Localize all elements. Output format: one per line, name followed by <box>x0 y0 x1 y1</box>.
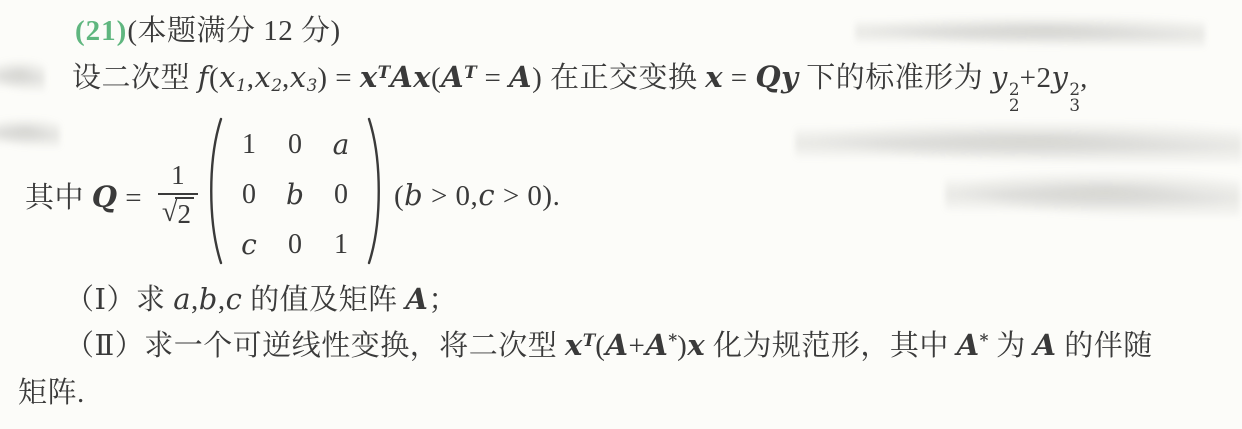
matrix-cell: 0 <box>288 231 302 259</box>
matrix-left-paren <box>204 117 224 273</box>
part-2-continuation: 矩阵. <box>18 374 85 413</box>
matrix-eq-conditions: (b > 0,c > 0). <box>394 178 560 213</box>
matrix-cell: a <box>333 131 350 159</box>
radicand: 2 <box>175 197 194 230</box>
matrix-q: 10a0b0c01 <box>224 123 366 267</box>
part-2-question: （Ⅱ）求一个可逆线性变换，将二次型 xT(A+A*)x 化为规范形，其中 A* … <box>65 326 1153 366</box>
matrix-equation: 其中 Q = 1 √2 10a0b0c01 (b > 0,c > 0). <box>25 120 560 270</box>
matrix-cell: c <box>241 231 257 259</box>
matrix-cell: 0 <box>334 181 348 209</box>
scanned-exam-page: (21)(本题满分 12 分) 设二次型 f(x1,x2,x3) = xTAx(… <box>0 0 1242 429</box>
ink-bleed-artifact <box>795 122 1242 164</box>
ink-bleed-artifact <box>0 60 45 92</box>
part-1-question: （Ⅰ）求 a,b,c 的值及矩阵 A； <box>65 280 458 320</box>
matrix-cell: 0 <box>242 181 256 209</box>
problem-header: (21)(本题满分 12 分) <box>75 12 341 51</box>
ink-bleed-artifact <box>945 172 1240 217</box>
score-note: (本题满分 12 分) <box>127 15 340 47</box>
matrix-cell: 0 <box>288 131 302 159</box>
matrix-cell: b <box>286 181 304 209</box>
matrix-right-paren <box>366 117 386 273</box>
fraction-numerator: 1 <box>161 161 195 193</box>
matrix-eq-prefix: 其中 Q = <box>25 175 150 216</box>
matrix-cell: 1 <box>242 131 256 159</box>
fraction-one-over-sqrt2: 1 √2 <box>158 161 198 229</box>
ink-bleed-artifact <box>855 16 1205 48</box>
problem-number: (21) <box>75 15 127 47</box>
matrix-cell: 1 <box>334 231 348 259</box>
fraction-denominator: √2 <box>158 193 198 230</box>
problem-statement: 设二次型 f(x1,x2,x3) = xTAx(AT = A) 在正交变换 x … <box>72 58 1088 114</box>
